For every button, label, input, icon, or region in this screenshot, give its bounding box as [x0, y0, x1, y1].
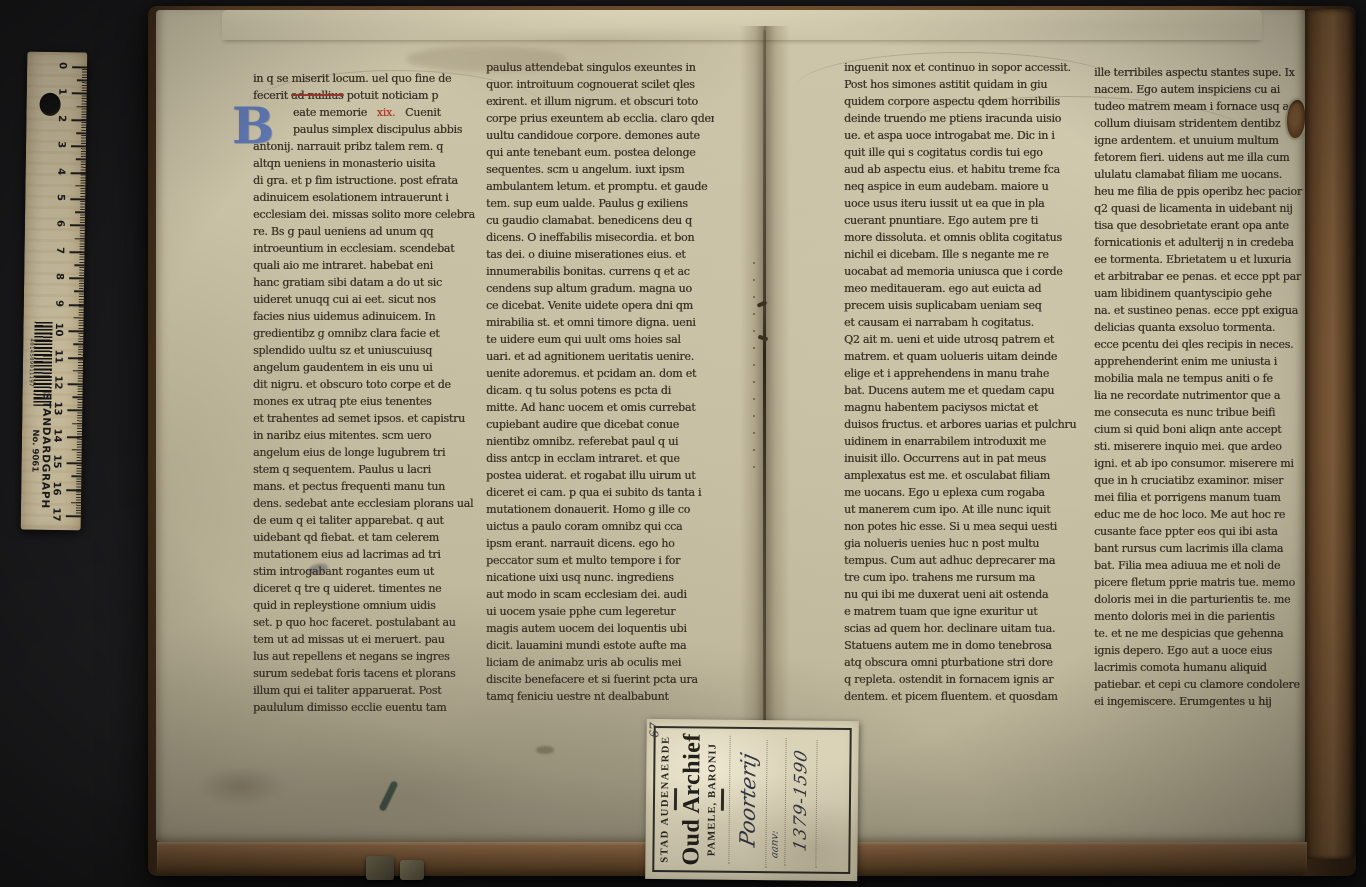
text-line: hanc gratiam sibi datam a do ut sic — [253, 274, 468, 291]
text-line: nicatione uixi usq nunc. ingrediens — [486, 569, 703, 586]
text-line: et causam ei narrabam h cogitatus. — [844, 314, 1070, 331]
text-line: bat. Ducens autem me et quedam capu — [844, 382, 1070, 399]
text-line: duisos fructus. et arbores uarias et pul… — [844, 416, 1070, 433]
text-line: quali aio me intraret. habebat eni — [253, 257, 468, 274]
text-line: bant rursus cum lacrimis illa clama — [1094, 540, 1307, 557]
text-line: liciam de animabz uris ab oculis mei — [486, 654, 703, 671]
text-line: dicam. q tu solus potens es pcta di — [486, 382, 703, 399]
half-cm-tick — [75, 185, 85, 187]
text-line: ille terribiles aspectu stantes supe. Ix — [1094, 64, 1307, 81]
half-cm-tick — [76, 132, 86, 134]
text-line: quid in repleystione omnium uidis — [253, 597, 468, 614]
text-line: mento doloris mei in die parientis — [1094, 608, 1307, 625]
text-line: sequentes. scm u angelum. iuxt ipsm — [486, 161, 703, 178]
text-line: more dissoluta. et omnis oblita cogitatu… — [844, 229, 1070, 246]
text-line: ui uocem ysaie pphe cum legeretur — [486, 603, 703, 620]
ink-stain — [378, 780, 398, 812]
text-line: paulus attendebat singulos exeuntes in — [486, 59, 703, 76]
text-line: gredientibz g omnibz clara facie et — [253, 325, 468, 342]
text-line: uocabat ad memoria uniusca que i corde — [844, 263, 1070, 280]
text-line: paululum dimisso ecclie euentu tam — [253, 699, 468, 716]
text-line: tas dei. o diuine miserationes eius. et — [486, 246, 703, 263]
cm-tick — [70, 225, 85, 227]
text-line: nu qui ibi me duxerat ueni ait ostenda — [844, 586, 1070, 603]
text-line: patiebar. et cepi cu clamore condolere — [1094, 676, 1307, 693]
text-line: uideret unuqq cui ai eet. sicut nos — [253, 291, 468, 308]
text-line: collum diuisam stridentem dentibz — [1094, 115, 1307, 132]
half-cm-tick — [76, 159, 86, 161]
pricking-hole — [753, 364, 755, 366]
text-line: picere fletum pprie matris tue. memo — [1094, 574, 1307, 591]
text-line: exirent. et illum nigrum. et obscuri tot… — [486, 93, 703, 110]
text-line: me uocans. Ego u eplexa cum rogaba — [844, 484, 1070, 501]
pricking-hole — [753, 415, 755, 417]
text-line: de eum q ei taliter apparebat. q aut — [253, 512, 468, 529]
text-line: uoce usus iteru iussit ut ea que in pla — [844, 195, 1070, 212]
half-cm-tick — [73, 370, 83, 372]
text-line: dentem. et picem fluentem. et quosdam — [844, 688, 1070, 705]
text-segment: eate memorie — [293, 105, 377, 119]
text-line: quor. introituum cognouerat scilet qles — [486, 76, 703, 93]
cm-tick — [71, 119, 86, 121]
text-line: ut manerem cum ipo. At ille nunc iquit — [844, 501, 1070, 518]
text-line: cium si quid boni aliqn ante accept — [1094, 421, 1307, 438]
text-line: educ me de hoc loco. Me aut hoc re — [1094, 506, 1307, 523]
text-line: ecce pcentu dei qles recipis in neces. — [1094, 336, 1307, 353]
cm-number: 3 — [55, 138, 66, 152]
text-line: sti. miserere inquio mei. que ardeo — [1094, 438, 1307, 455]
text-line: tre cum ipo. trahens me rursum ma — [844, 569, 1070, 586]
text-line: illum qui ei taliter apparuerat. Post — [253, 682, 468, 699]
half-cm-tick — [77, 106, 87, 108]
text-line: tisa que desobrietate erant opa ante — [1094, 217, 1307, 234]
text-line: inguenit nox et continuo in sopor access… — [844, 59, 1070, 76]
text-line: meo meditaueram. ego aut euicta ad — [844, 280, 1070, 297]
handwritten-note: aanv: — [766, 734, 786, 866]
half-cm-tick — [71, 502, 81, 504]
text-line: cu gaudio clamabat. benedicens deu q — [486, 212, 703, 229]
gutter-crease-line — [763, 30, 766, 840]
label-archive-title: Oud Archief — [678, 733, 705, 866]
cm-number: 10 — [53, 323, 64, 337]
text-line: qui ante tenebant eum. postea delonge — [486, 144, 703, 161]
text-line: non potes hic esse. Si u mea sequi uesti — [844, 518, 1070, 535]
text-line: e matrem tuam que igne exuritur ut — [844, 603, 1070, 620]
cm-number: 12 — [52, 375, 63, 389]
text-line: discite benefacere et si fuerint pcta ur… — [486, 671, 703, 688]
small-stain — [536, 746, 554, 754]
text-line: tamq feniciu uestre nt dealbabunt — [486, 688, 703, 705]
cm-tick — [69, 277, 84, 279]
text-line: uictus a paulo coram omnibz qui cca — [486, 518, 703, 535]
ruler: 01234567891011121314151617 4014509011197… — [21, 52, 88, 531]
text-line: ee tormenta. Ebrietatem u et luxuria — [1094, 251, 1307, 268]
pricking-hole — [753, 347, 755, 349]
cm-tick — [66, 515, 81, 517]
text-line: cusante face ppter eos qui ibi asta — [1094, 523, 1307, 540]
text-line: precem uisis suplicabam ueniam seq — [844, 297, 1070, 314]
cm-number: 13 — [52, 402, 63, 416]
cm-number: 9 — [53, 296, 64, 310]
text-line: uidebant qd fiebat. et tam celerem — [253, 529, 468, 546]
text-line: mones ex utraq pte eius tenentes — [253, 393, 468, 410]
cm-tick — [66, 489, 81, 491]
text-line: dicit. lauamini mundi estote aufte ma — [486, 637, 703, 654]
text-line: uari. et ad agnitionem ueritatis uenire. — [486, 348, 703, 365]
text-line: ipsm erant. narrauit dicens. ego ho — [486, 535, 703, 552]
text-line: adinuicem esolationem intrauerunt i — [253, 189, 468, 206]
text-line: angelum eius de longe lugubrem tri — [253, 444, 468, 461]
text-line: splendido uultu sz et uniuscuiusq — [253, 342, 468, 359]
text-line: na. et sustineo penas. ecce ppt exigua — [1094, 302, 1307, 319]
cm-number: 8 — [54, 270, 65, 284]
text-line: elige et i apprehendens in manu trahe — [844, 365, 1070, 382]
text-line: mutationem donauerit. Homo g ille co — [486, 501, 703, 518]
text-line: lia ne recordate nutrimentor que a — [1094, 387, 1307, 404]
text-line: scias ad quem hor. declinare uitam tua. — [844, 620, 1070, 637]
text-line: me consecuta es nunc tribue beifi — [1094, 404, 1307, 421]
text-line: atq obscura omni pturbatione stri dore — [844, 654, 1070, 671]
text-line: paulus simplex discipulus abbis — [253, 121, 468, 138]
text-line: apprehenderint enim me uniusta i — [1094, 353, 1307, 370]
text-line: tudeo matrem meam i fornace usq ad — [1094, 98, 1307, 115]
label-divider-dash — [721, 789, 724, 811]
text-line: ecclesiam dei. missas solito more celebr… — [253, 206, 468, 223]
text-line: di gra. et p fim istructione. post efrat… — [253, 172, 468, 189]
cm-tick — [69, 304, 84, 306]
text-line: peccator sum et multo tempore i for — [486, 552, 703, 569]
cm-tick — [68, 383, 83, 385]
text-line: aut modo in scam ecclesiam dei. audi — [486, 586, 703, 603]
text-line: diceret q tre q uideret. timentes ne — [253, 580, 468, 597]
text-line: q2 quasi de licamenta in uidebant nij — [1094, 200, 1307, 217]
text-line: ue. et aspa uoce introgabat me. Dic in i — [844, 127, 1070, 144]
text-line: delicias quanta exsoluo tormenta. — [1094, 319, 1307, 336]
half-cm-tick — [72, 449, 82, 451]
text-line: cuerant pnuntiare. Ego autem pre ti — [844, 212, 1070, 229]
half-cm-tick — [74, 291, 84, 293]
text-line: heu me filia de ppis operibz hec pacior — [1094, 183, 1307, 200]
text-segment: fecerit — [253, 88, 291, 102]
cm-number: 6 — [54, 217, 65, 231]
cm-number: 4 — [55, 164, 66, 178]
text-line: uenite adoremus. et pcidam an. dom et — [486, 365, 703, 382]
text-line: Post hos simones astitit quidam in giu — [844, 76, 1070, 93]
ruler-cm-scale: 01234567891011121314151617 — [27, 52, 87, 53]
text-line: antonij. narrauit pribz talem rem. q — [253, 138, 468, 155]
cm-tick — [67, 436, 82, 438]
text-line: quidem corpore aspectu qdem horribilis — [844, 93, 1070, 110]
text-line: uultu candidoue corpore. demones aute — [486, 127, 703, 144]
text-line: facies nius uidemus adinuicem. In — [253, 308, 468, 325]
text-line: ignis depero. Ego aut a uoce eius — [1094, 642, 1307, 659]
rubric-text: xix. — [377, 105, 396, 119]
cm-tick — [67, 462, 82, 464]
half-cm-tick — [73, 396, 83, 398]
cm-number: 11 — [52, 349, 63, 363]
text-line: Statuens autem me in domo tenebrosa — [844, 637, 1070, 654]
manuscript-column-2: paulus attendebat singulos exeuntes inqu… — [486, 59, 714, 724]
manuscript-column-1: in q se miserit locum. uel quo fine defe… — [253, 70, 479, 722]
manuscript-column-4: ille terribiles aspectu stantes supe. Ix… — [1094, 64, 1318, 726]
text-line: bat. Filia mea adiuua me et noli de — [1094, 557, 1307, 574]
cm-tick — [70, 251, 85, 253]
text-line: quit ille qui s cogitatus cordis tui ego — [844, 144, 1070, 161]
text-line: stim introgabant rogantes eum ut — [253, 563, 468, 580]
pricking-hole — [753, 296, 755, 298]
parchment-pages: B in q se miserit locum. uel quo fine de… — [156, 10, 1305, 842]
handwritten-corner-number: 67 — [647, 722, 661, 737]
cm-number: 5 — [55, 191, 66, 205]
cm-number: 14 — [51, 428, 62, 442]
pricking-hole — [753, 449, 755, 451]
text-line: uidinem in enarrabilem introduxit me — [844, 433, 1070, 450]
text-line: dens. sedebat ante ecclesiam plorans ual — [253, 495, 468, 512]
text-line: tem. sup eum ualde. Paulus g exiliens — [486, 195, 703, 212]
text-line: dit nigru. et obscuro toto corpe et de — [253, 376, 468, 393]
text-line: magis autem uocem dei loquentis ubi — [486, 620, 703, 637]
text-line: lacrimis comota humanu aliquid — [1094, 659, 1307, 676]
text-line: mutationem eius ad lacrimas ad tri — [253, 546, 468, 563]
text-line: aud ab aspectu eius. et habitu treme fca — [844, 161, 1070, 178]
cm-number: 7 — [54, 243, 65, 257]
text-line: doloris mei in die parturientis te. me — [1094, 591, 1307, 608]
cm-tick — [70, 198, 85, 200]
cm-tick — [68, 357, 83, 359]
text-line: fornicationis et adulterij n in credeba — [1094, 234, 1307, 251]
text-line: postea uiderat. et rogabat illu uirum ut — [486, 467, 703, 484]
text-line: mei filia et porrigens manum tuam — [1094, 489, 1307, 506]
label-handwriting-area: Poorterij aanv: 1379-1590 — [728, 736, 817, 865]
half-cm-tick — [77, 80, 87, 82]
text-line: mitte. Ad hanc uocem et omis currebat — [486, 399, 703, 416]
text-line: angelum gaudentem in eis unu ui — [253, 359, 468, 376]
text-line: ambulantem letum. et promptu. et gaude — [486, 178, 703, 195]
smudge-stain — [196, 766, 286, 806]
half-cm-tick — [75, 212, 85, 214]
pricking-hole — [753, 381, 755, 383]
text-line: neq aspice in eum audebam. maiore u — [844, 178, 1070, 195]
text-line: nientibz omnibz. referebat paul q ui — [486, 433, 703, 450]
text-line: tem ut ad missas ut ei meruert. pau — [253, 631, 468, 648]
half-cm-tick — [73, 344, 83, 346]
rubric-text: ad nullius — [291, 88, 343, 102]
text-line: ululatu clamabat filiam me uocans. — [1094, 166, 1307, 183]
text-line: igne ardentem. et unuium multum — [1094, 132, 1307, 149]
half-cm-tick — [74, 317, 84, 319]
text-line: mirabilia st. et omni timore digna. ueni — [486, 314, 703, 331]
text-line: amplexatus est me. et osculabat filiam — [844, 467, 1070, 484]
pricking-hole — [753, 313, 755, 315]
cm-tick — [68, 330, 83, 332]
text-line: diss antcp in ecclam intraret. et que — [486, 450, 703, 467]
ruler-brand-text: STANDARDGRAPH — [39, 386, 53, 516]
label-fonds-line: PAMELE, BARONIJ — [706, 743, 718, 856]
handwritten-date-range: 1379-1590 — [785, 733, 817, 868]
text-line: te uidere eum qui uult oms hoies sal — [486, 331, 703, 348]
text-line: dicens. O ineffabilis misecordia. et bon — [486, 229, 703, 246]
pricking-hole — [753, 262, 755, 264]
manuscript-book: B in q se miserit locum. uel quo fine de… — [148, 6, 1356, 876]
text-line: mans. et pectus frequenti manu tun — [253, 478, 468, 495]
cm-tick — [71, 145, 86, 147]
text-line: nichil ei dicebam. Ille s negante me re — [844, 246, 1070, 263]
cm-tick — [71, 172, 86, 174]
text-line: in q se miserit locum. uel quo fine de — [253, 70, 468, 87]
cm-number: 16 — [51, 481, 62, 495]
half-cm-tick — [72, 423, 82, 425]
text-line: diceret ei cam. p qua ei subito ds tanta… — [486, 484, 703, 501]
text-segment: Cuenit — [395, 105, 440, 119]
text-line: cupiebant audire que dicebat conue — [486, 416, 703, 433]
pricking-hole — [753, 466, 755, 468]
clasp-remnant — [400, 860, 424, 880]
text-line: fecerit ad nullius potuit noticiam p — [253, 87, 468, 104]
clasp-remnant — [366, 856, 394, 880]
text-line: cendens sup altum gradum. magna uo — [486, 280, 703, 297]
text-line: ce dicebat. Venite uidete opera dni qm — [486, 297, 703, 314]
handwritten-series-name: Poorterij — [729, 732, 767, 868]
text-line: eate memorie xix. Cuenit — [253, 104, 468, 121]
cm-tick — [67, 410, 82, 412]
text-line: et arbitrabar ee penas. et ecce ppt par — [1094, 268, 1307, 285]
cm-tick — [72, 66, 87, 68]
text-line: magnu habentem paciysos mictat et — [844, 399, 1070, 416]
text-line: te. et ne me despicias que gehenna — [1094, 625, 1307, 642]
cm-number: 0 — [57, 59, 68, 73]
photo-scene: B in q se miserit locum. uel quo fine de… — [0, 0, 1366, 887]
label-city-line: STAD AUDENAERDE — [659, 735, 671, 862]
ruler-brand-block: STANDARDGRAPH No. 9061 — [25, 386, 53, 516]
text-line: lus aut repellens et negans se ingres — [253, 648, 468, 665]
text-line: surum sedebat foris tacens et plorans — [253, 665, 468, 682]
label-divider-dash — [674, 788, 677, 810]
text-line: set. p quo hoc faceret. postulabant au — [253, 614, 468, 631]
text-line: stem q sequentem. Paulus u lacri — [253, 461, 468, 478]
text-line: fetorem fieri. uidens aut me illa cum — [1094, 149, 1307, 166]
text-line: et trahentes ad semet ipsos. et capistru — [253, 410, 468, 427]
manuscript-column-3: inguenit nox et continuo in sopor access… — [844, 59, 1082, 727]
half-cm-tick — [74, 264, 84, 266]
text-line: gia nolueris uenies huc n post multu — [844, 535, 1070, 552]
text-line: ei ingemiscere. Erumgentes u hij — [1094, 693, 1307, 710]
label-rotated-content: STAD AUDENAERDE Oud Archief PAMELE, BARO… — [658, 731, 845, 869]
pricking-hole — [753, 330, 755, 332]
text-line: inuisit illo. Occurrens aut in pat meus — [844, 450, 1070, 467]
text-line: introeuntium in ecclesiam. scendebat — [253, 240, 468, 257]
text-line: in naribz eius mitentes. scm uero — [253, 427, 468, 444]
text-line: deinde truendo me ptiens iracunda uisio — [844, 110, 1070, 127]
text-line: tempus. Cum aut adhuc deprecarer ma — [844, 552, 1070, 569]
text-line: q repleta. ostendit in fornacem ignis ar — [844, 671, 1070, 688]
cm-tick — [72, 93, 87, 95]
text-line: uam libidinem quantyscipio gehe — [1094, 285, 1307, 302]
half-cm-tick — [75, 238, 85, 240]
text-line: igni. et ab ipo consumor. miserere mi — [1094, 455, 1307, 472]
text-segment: paulus simplex discipulus abbis — [293, 122, 462, 136]
text-line: re. Bs g paul ueniens ad unum qq — [253, 223, 468, 240]
text-line: altqn ueniens in monasterio uisita — [253, 155, 468, 172]
cm-number: 1 — [56, 85, 67, 99]
pricking-hole — [753, 279, 755, 281]
text-line: nacem. Ego autem inspiciens cu ai — [1094, 81, 1307, 98]
text-line: innumerabilis bonitas. currens q et ac — [486, 263, 703, 280]
text-line: corpe prius exeuntem ab ecclia. claro qd… — [486, 110, 703, 127]
text-line: Q2 ait m. ueni et uide utrosq patrem et — [844, 331, 1070, 348]
half-cm-tick — [71, 476, 81, 478]
pricking-hole — [753, 432, 755, 434]
cm-number: 15 — [51, 455, 62, 469]
text-line: mobilia mala ne tempus aniti o fe — [1094, 370, 1307, 387]
text-line: matrem. et quam uolueris uitam deinde — [844, 348, 1070, 365]
text-line: que in h cruciatibz examinor. miser — [1094, 472, 1307, 489]
pricking-hole — [753, 398, 755, 400]
cm-number: 2 — [56, 111, 67, 125]
leather-fore-edge — [1305, 9, 1356, 859]
cm-number: 17 — [50, 507, 61, 521]
text-segment: potuit noticiam p — [343, 88, 438, 102]
archive-label: STAD AUDENAERDE Oud Archief PAMELE, BARO… — [645, 719, 859, 881]
